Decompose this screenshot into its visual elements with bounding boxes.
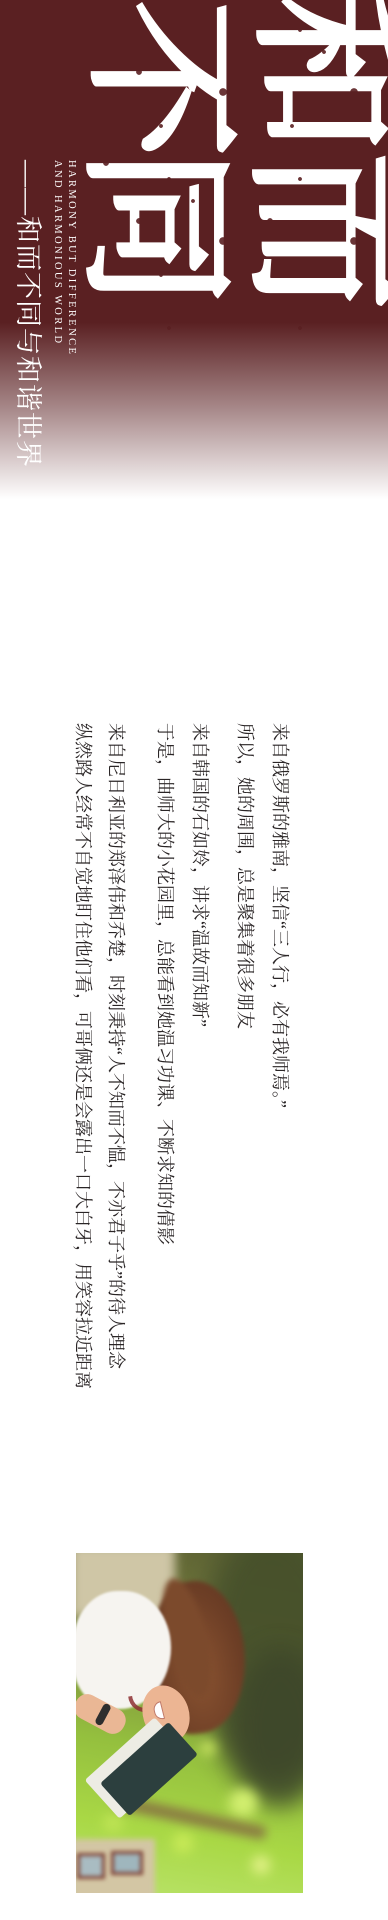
subtitle-english-line1: HARMONY BUT DIFFERENCE [65,160,79,356]
subtitle-english: HARMONY BUT DIFFERENCE AND HARMONIOUS WO… [51,160,78,356]
article-line: 来自韩国的石如姈，讲求“温故而知新” [188,723,214,1027]
article-line: 于是，曲师大的小花园里，总能看到她温习功课、不断求知的倩影 [153,723,179,1245]
rotated-canvas: 和 而 不 同 HARMONY BUT DIFFERENCE AND HARMO… [0,0,388,1920]
subtitle-chinese: ——和而不同与和谐世界 [11,160,50,468]
subtitle-english-line2: AND HARMONIOUS WORLD [51,160,65,356]
magazine-page: 和 而 不 同 HARMONY BUT DIFFERENCE AND HARMO… [0,0,388,1920]
title-char-1: 和 [246,0,388,152]
article-line: 纵然路人经常不自觉地盯住他们看，可哥俩还是会露出一口大白牙，用笑容拉近距离 [71,723,97,1389]
title-char-3: 不 [80,0,238,158]
title-char-2: 而 [242,152,388,310]
article-line: 所以，她的周围，总是聚集着很多朋友 [233,723,259,1029]
building-window [111,1851,143,1875]
title-char-4: 同 [76,148,234,306]
article-line: 来自俄罗斯的雅南，坚信“三人行，必有我师焉。” [268,723,294,1108]
building-window [77,1853,105,1879]
article-line: 来自尼日利亚的郑泽伟和乔楚，时刻秉持“人不知而不愠，不亦君子乎”的待人理念 [104,723,130,1369]
title-block: 和 而 不 同 HARMONY BUT DIFFERENCE AND HARMO… [0,0,388,520]
student-photo [76,1553,303,1893]
